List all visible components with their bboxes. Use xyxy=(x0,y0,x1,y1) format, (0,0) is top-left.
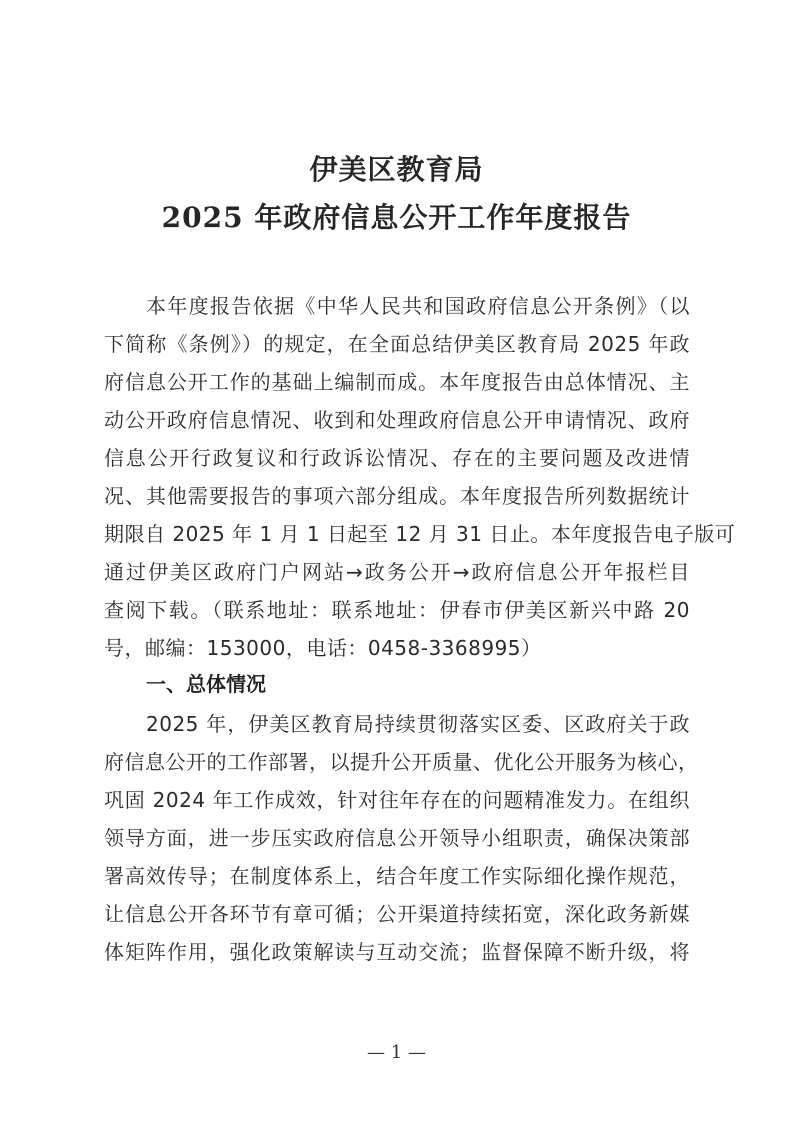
intro-line: 号，邮编：153000，电话：0458-3368995） xyxy=(104,632,690,661)
document-title-line2: 2025 年政府信息公开工作年度报告 xyxy=(0,196,793,236)
intro-line: 动公开政府信息情况、收到和处理政府信息公开申请情况、政府 xyxy=(104,404,690,433)
intro-line: 信息公开行政复议和行政诉讼情况、存在的主要问题及改进情 xyxy=(104,442,690,471)
intro-line: 期限自 2025 年 1 月 1 日起至 12 月 31 日止。本年度报告电子版… xyxy=(104,518,690,547)
body-line: 体矩阵作用，强化政策解读与互动交流；监督保障不断升级，将 xyxy=(104,936,690,965)
section-heading: 一、总体情况 xyxy=(146,668,266,697)
body-line: 府信息公开的工作部署，以提升公开质量、优化公开服务为核心， xyxy=(104,746,690,775)
document-page: 伊美区教育局 2025 年政府信息公开工作年度报告 本年度报告依据《中华人民共和… xyxy=(0,0,793,1122)
intro-line: 况、其他需要报告的事项六部分组成。本年度报告所列数据统计 xyxy=(104,480,690,509)
intro-line: 下简称《条例》）的规定，在全面总结伊美区教育局 2025 年政 xyxy=(104,328,690,357)
intro-line: 本年度报告依据《中华人民共和国政府信息公开条例》（以 xyxy=(146,290,690,319)
intro-line: 府信息公开工作的基础上编制而成。本年度报告由总体情况、主 xyxy=(104,366,690,395)
body-line: 署高效传导；在制度体系上，结合年度工作实际细化操作规范， xyxy=(104,860,690,889)
document-title-line1: 伊美区教育局 xyxy=(0,148,793,188)
body-line: 巩固 2024 年工作成效，针对往年存在的问题精准发力。在组织 xyxy=(104,784,690,813)
page-number: — 1 — xyxy=(0,1042,793,1063)
body-line: 领导方面，进一步压实政府信息公开领导小组职责，确保决策部 xyxy=(104,822,690,851)
body-line: 让信息公开各环节有章可循；公开渠道持续拓宽，深化政务新媒 xyxy=(104,898,690,927)
intro-line: 查阅下载。（联系地址：联系地址：伊春市伊美区新兴中路 20 xyxy=(104,594,690,623)
intro-line: 通过伊美区政府门户网站→政务公开→政府信息公开年报栏目 xyxy=(104,556,690,585)
body-line: 2025 年，伊美区教育局持续贯彻落实区委、区政府关于政 xyxy=(146,708,690,737)
